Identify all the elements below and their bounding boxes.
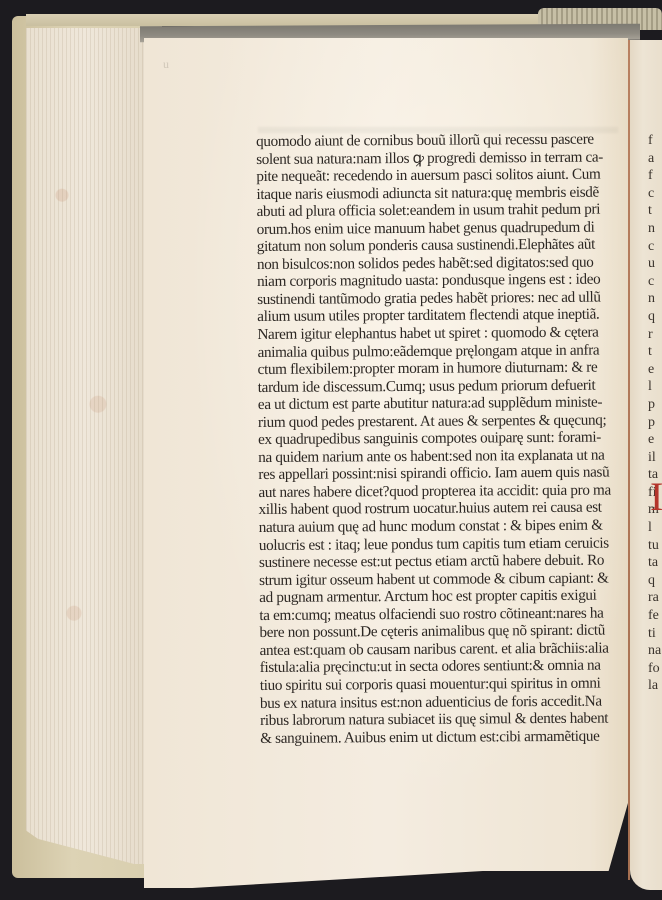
text-fragment: ti [648, 625, 662, 643]
text-fragment: c [648, 185, 662, 203]
text-fragment: q [648, 572, 662, 590]
text-fragment: ra [648, 589, 662, 607]
text-fragment: ta [648, 554, 662, 572]
text-line: ctum flexibilem:propter moram in humore … [258, 359, 630, 379]
text-fragment: u [648, 255, 662, 273]
text-fragment: fo [648, 660, 662, 678]
book-photograph: u quomodo aiunt de cornibus bouũ illorũ … [0, 0, 662, 900]
text-fragment: t [648, 202, 662, 220]
text-fragment: c [648, 273, 662, 291]
text-line: ea ut dictum est parte abutitur natura:a… [258, 394, 630, 414]
text-line: sustinere necesse est:ut pectus etiam ar… [259, 552, 631, 572]
text-fragment: p [648, 396, 662, 414]
text-line: quomodo aiunt de cornibus bouũ illorũ qu… [256, 130, 628, 150]
text-fragment: r [648, 326, 662, 344]
text-line: pite nequeãt: recedendo in auersum pasci… [256, 165, 628, 185]
text-fragment: a [648, 150, 662, 168]
text-fragment: n [648, 290, 662, 308]
text-fragment: c [648, 238, 662, 256]
text-fragment: q [648, 308, 662, 326]
rubricated-initial: I [650, 478, 662, 516]
text-line: ad pugnam armentur. Arctum hoc est propt… [259, 587, 631, 607]
page-stack-fore-edge [26, 28, 146, 864]
text-line: ribus labrorum natura subiacet iis quę s… [260, 709, 632, 729]
text-line: Narem igitur elephantus habet ut spiret … [257, 323, 629, 343]
recto-text-fragment: f a f c t n c u c n q r t e l p p e il t… [648, 132, 662, 695]
text-fragment: na [648, 642, 662, 660]
text-line: natura auium quę ad hunc modum constat :… [259, 516, 631, 536]
text-fragment: e [648, 361, 662, 379]
text-fragment: p [648, 414, 662, 432]
text-line: abuti ad plura officia solet:eandem in u… [256, 201, 628, 221]
folio-mark: u [163, 57, 169, 72]
text-fragment: la [648, 677, 662, 695]
text-fragment: f [648, 167, 662, 185]
text-fragment: fe [648, 607, 662, 625]
text-line: tiuo spiritu sui corporis quasi mouentur… [260, 674, 632, 694]
text-fragment: f [648, 132, 662, 150]
text-block: quomodo aiunt de cornibus bouũ illorũ qu… [256, 130, 632, 747]
text-fragment: n [648, 220, 662, 238]
text-fragment: tu [648, 537, 662, 555]
text-fragment: e [648, 431, 662, 449]
text-line: & sanguinem. Auibus enim ut dictum est:c… [260, 727, 632, 747]
text-fragment: il [648, 449, 662, 467]
text-fragment: t [648, 343, 662, 361]
text-fragment: l [648, 519, 662, 537]
text-fragment: l [648, 378, 662, 396]
